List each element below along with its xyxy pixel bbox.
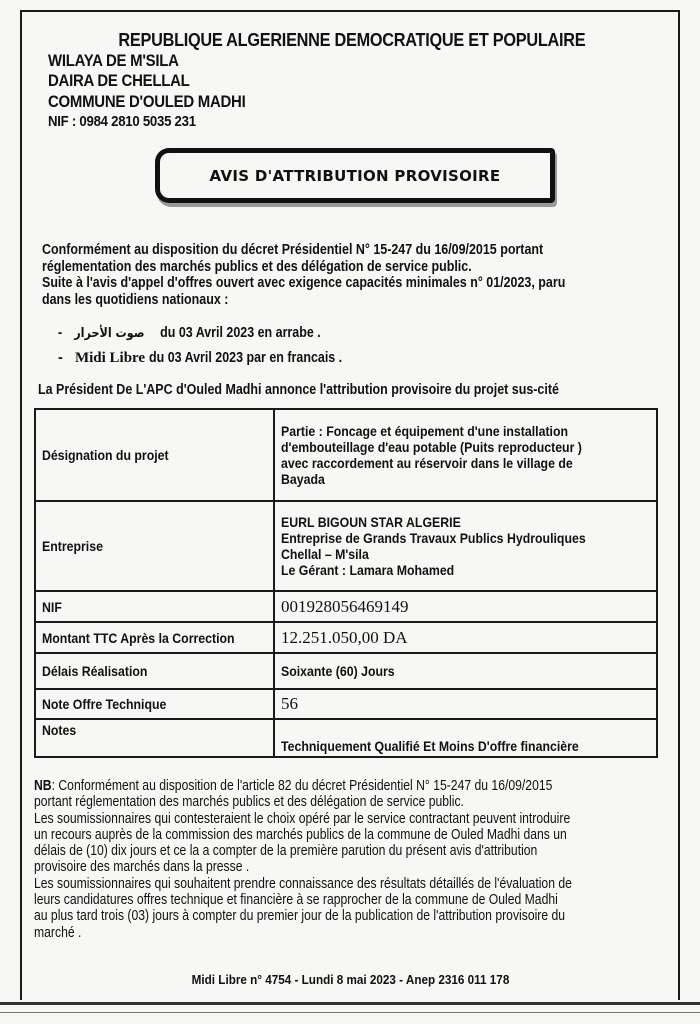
president-announcement: La Président De L'APC d'Ouled Madhi anno… [38,382,559,398]
table-row: Entreprise EURL BIGOUN STAR ALGERIE Entr… [35,501,657,591]
table-row: NIF 001928056469149 [35,591,657,622]
publication-footer: Midi Libre n° 4754 - Lundi 8 mai 2023 - … [0,972,700,987]
row-label: Montant TTC Après la Correction [35,622,274,653]
newspaper-date: du 03 Avril 2023 en arrabe . [160,325,321,341]
row-label: Note Offre Technique [35,689,274,719]
row-label: Délais Réalisation [35,653,274,689]
nb-line: : Conformément au disposition de l'artic… [52,778,553,794]
intro-line: Suite à l'avis d'appel d'offres ouvert a… [42,275,661,292]
nb-line: leurs candidatures offres technique et f… [34,892,656,908]
row-value: 12.251.050,00 DA [274,622,657,653]
commune-nif: NIF : 0984 2810 5035 231 [48,112,585,133]
bullet-dash: - [58,325,62,341]
row-value: Techniquement Qualifié Et Moins D'offre … [274,719,657,757]
table-row: Note Offre Technique 56 [35,689,657,719]
publication-reference: Midi Libre n° 4754 - Lundi 8 mai 2023 - … [182,972,518,987]
nb-label: NB [34,778,52,794]
table-row: Délais Réalisation Soixante (60) Jours [35,653,657,689]
notice-title: AVIS D'ATTRIBUTION PROVISOIRE [210,167,501,185]
nb-line: portant réglementation des marchés publi… [34,794,656,810]
wilaya: WILAYA DE M'SILA [48,51,585,72]
document-header: REPUBLIQUE ALGERIENNE DEMOCRATIQUE ET PO… [48,30,585,133]
row-label: NIF [35,591,274,622]
intro-line: dans les quotidiens nationaux : [42,292,661,309]
newspaper-date: du 03 Avril 2023 par en francais . [149,350,342,366]
row-value: EURL BIGOUN STAR ALGERIE Entreprise de G… [274,501,657,591]
table-row: Notes Techniquement Qualifié Et Moins D'… [35,719,657,757]
row-label: Désignation du projet [35,409,274,501]
nb-line: délais de (10) dix jours et ce la a comp… [34,843,656,859]
intro-paragraph: Conformément au disposition du décret Pr… [42,242,661,308]
notice-title-box: AVIS D'ATTRIBUTION PROVISOIRE [155,148,555,203]
row-value: 001928056469149 [274,591,657,622]
nb-line: provisoire des marchés dans la presse . [34,859,656,875]
newspaper-name: صوت الأحرار [74,326,144,341]
bullet-dash: - [58,350,63,366]
newspaper-item: - Midi Libre du 03 Avril 2023 par en fra… [58,350,374,367]
row-value: 56 [274,689,657,719]
nb-line: Les soumissionnaires qui contesteraient … [34,811,656,827]
newspaper-item: - صوت الأحرار du 03 Avril 2023 en arrabe… [58,325,321,341]
table-row: Désignation du projet Partie : Foncage e… [35,409,657,501]
nb-line: Les soumissionnaires qui souhaitent pren… [34,876,656,892]
table-row: Montant TTC Après la Correction 12.251.0… [35,622,657,653]
newspaper-name: Midi Libre [75,350,145,366]
republic-title: REPUBLIQUE ALGERIENNE DEMOCRATIQUE ET PO… [118,30,585,51]
row-label: Notes [35,719,274,757]
row-label: Entreprise [35,501,274,591]
nb-line: marché . [34,925,656,941]
nb-line: au plus tard trois (03) jours à compter … [34,908,656,924]
nb-paragraph: NB: Conformément au disposition de l'art… [34,778,656,941]
row-value: Partie : Foncage et équipement d'une ins… [274,409,657,501]
intro-line: Conformément au disposition du décret Pr… [42,242,661,259]
page-divider [0,1002,700,1005]
nb-line: un recours auprès de la commission des m… [34,827,656,843]
page-divider [0,1012,700,1013]
row-value: Soixante (60) Jours [274,653,657,689]
attribution-table: Désignation du projet Partie : Foncage e… [34,408,658,758]
commune: COMMUNE D'OULED MADHI [48,92,585,113]
daira: DAIRA DE CHELLAL [48,71,585,92]
intro-line: réglementation des marchés publics et de… [42,259,661,276]
